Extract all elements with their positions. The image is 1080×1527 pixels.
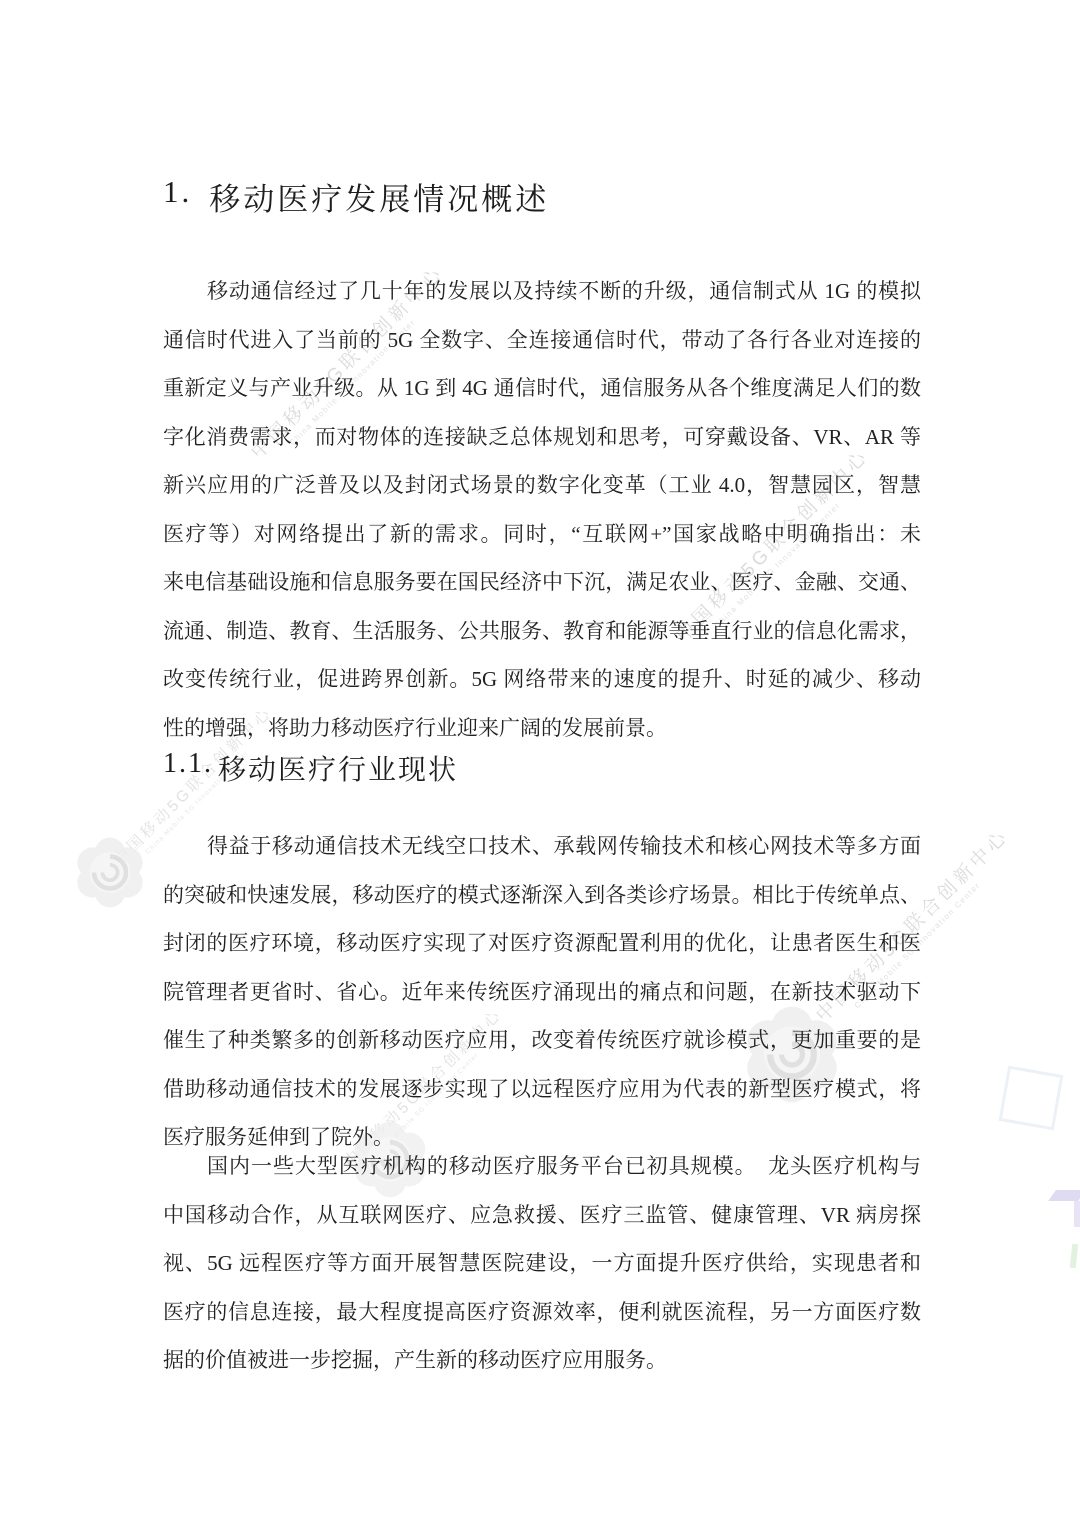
section-number: 1. bbox=[163, 174, 192, 219]
paragraph-line: 来电信基础设施和信息服务要在国民经济中下沉，满足农业、医疗、金融、交通、 bbox=[163, 558, 921, 607]
paragraph-line: 改变传统行业，促进跨界创新。5G 网络带来的速度的提升、时延的减少、移动 bbox=[163, 655, 921, 704]
paragraph-line: 性的增强，将助力移动医疗行业迎来广阔的发展前景。 bbox=[163, 704, 921, 753]
subsection-number: 1.1. bbox=[163, 748, 213, 788]
paragraph-line: 催生了种类繁多的创新移动医疗应用，改变着传统医疗就诊模式，更加重要的是 bbox=[163, 1016, 921, 1065]
document-content: 1. 移动医疗发展情况概述 移动通信经过了几十年的发展以及持续不断的升级，通信制… bbox=[0, 0, 1080, 1527]
paragraph-line: 借助移动通信技术的发展逐步实现了以远程医疗应用为代表的新型医疗模式，将 bbox=[163, 1065, 921, 1114]
paragraph-line: 视、5G 远程医疗等方面开展智慧医院建设，一方面提升医疗供给，实现患者和 bbox=[163, 1239, 921, 1288]
document-page: 中国移动5G联合创新中心 China Mobile 5G Innovation … bbox=[0, 0, 1080, 1527]
paragraph-line: 医疗的信息连接，最大程度提高医疗资源效率，便利就医流程，另一方面医疗数 bbox=[163, 1288, 921, 1337]
paragraph-line: 字化消费需求，而对物体的连接缺乏总体规划和思考，可穿戴设备、VR、AR 等 bbox=[163, 413, 921, 462]
paragraph-line: 医疗等）对网络提出了新的需求。同时，“互联网+”国家战略中明确指出：未 bbox=[163, 510, 921, 559]
subsection-heading: 1.1. 移动医疗行业现状 bbox=[163, 748, 458, 788]
paragraph-line: 据的价值被进一步挖掘，产生新的移动医疗应用服务。 bbox=[163, 1336, 921, 1385]
paragraph-line: 重新定义与产业升级。从 1G 到 4G 通信时代，通信服务从各个维度满足人们的数 bbox=[163, 364, 921, 413]
paragraph-line: 通信时代进入了当前的 5G 全数字、全连接通信时代，带动了各行各业对连接的 bbox=[163, 316, 921, 365]
subsection-title: 移动医疗行业现状 bbox=[218, 748, 458, 788]
paragraph-line: 的突破和快速发展，移动医疗的模式逐渐深入到各类诊疗场景。相比于传统单点、 bbox=[163, 871, 921, 920]
paragraph-1: 移动通信经过了几十年的发展以及持续不断的升级，通信制式从 1G 的模拟 通信时代… bbox=[163, 267, 921, 752]
paragraph-line: 新兴应用的广泛普及以及封闭式场景的数字化变革（工业 4.0，智慧园区，智慧 bbox=[163, 461, 921, 510]
section-title: 移动医疗发展情况概述 bbox=[209, 174, 549, 219]
paragraph-line: 流通、制造、教育、生活服务、公共服务、教育和能源等垂直行业的信息化需求， bbox=[163, 607, 921, 656]
paragraph-3: 国内一些大型医疗机构的移动医疗服务平台已初具规模。 龙头医疗机构与 中国移动合作… bbox=[163, 1142, 921, 1385]
paragraph-line: 封闭的医疗环境，移动医疗实现了对医疗资源配置利用的优化，让患者医生和医 bbox=[163, 919, 921, 968]
paragraph-line: 中国移动合作，从互联网医疗、应急救援、医疗三监管、健康管理、VR 病房探 bbox=[163, 1191, 921, 1240]
paragraph-line: 国内一些大型医疗机构的移动医疗服务平台已初具规模。 龙头医疗机构与 bbox=[163, 1142, 921, 1191]
paragraph-line: 移动通信经过了几十年的发展以及持续不断的升级，通信制式从 1G 的模拟 bbox=[163, 267, 921, 316]
paragraph-line: 得益于移动通信技术无线空口技术、承载网传输技术和核心网技术等多方面 bbox=[163, 822, 921, 871]
paragraph-2: 得益于移动通信技术无线空口技术、承载网传输技术和核心网技术等多方面 的突破和快速… bbox=[163, 822, 921, 1162]
section-heading: 1. 移动医疗发展情况概述 bbox=[163, 174, 549, 219]
paragraph-line: 院管理者更省时、省心。近年来传统医疗涌现出的痛点和问题，在新技术驱动下 bbox=[163, 968, 921, 1017]
